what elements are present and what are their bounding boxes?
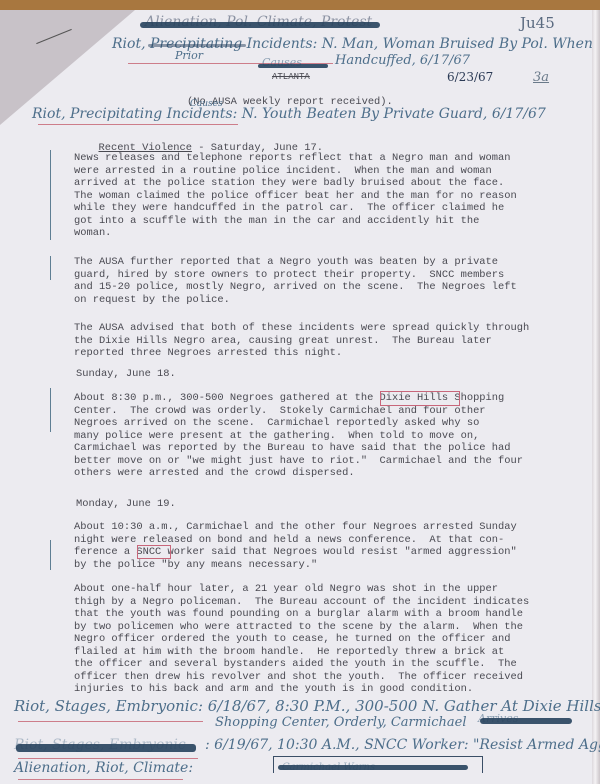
typed-line: News releases and telephone reports refl… <box>74 152 564 165</box>
margin-bracket <box>50 256 75 280</box>
paragraph: About one-half hour later, a 21 year old… <box>74 583 564 696</box>
typed-line: Carmichael was reported by the Bureau to… <box>74 442 564 455</box>
annotation-insert-causes: Causes <box>190 99 223 109</box>
typed-line: Negroes arrived on the scene. Carmichael… <box>74 417 564 430</box>
typed-line: many police were present at the gatherin… <box>74 430 564 443</box>
margin-bracket <box>50 150 75 240</box>
typed-line: About 8:30 p.m., 300-500 Negroes gathere… <box>74 392 564 405</box>
typed-line: on request by the police. <box>74 294 564 307</box>
annotation-bottom-1b: Shopping Center, Orderly, Carmichael <box>215 715 467 730</box>
strike-out-top <box>140 22 380 28</box>
red-underline-3 <box>18 721 203 722</box>
typed-line: The AUSA advised that both of these inci… <box>74 322 564 335</box>
red-box-dixie-hills <box>380 391 460 406</box>
typed-line: The woman claimed the police officer bea… <box>74 190 564 203</box>
typed-line: better move on or "we might just have to… <box>74 455 564 468</box>
paragraph: The AUSA further reported that a Negro y… <box>74 256 564 306</box>
annotation-insert-prior: Prior <box>175 49 203 62</box>
page-edge <box>592 10 600 784</box>
annotation-line-3: Riot, Precipitating Incidents: N. Youth … <box>32 106 546 122</box>
red-underline-4 <box>18 758 198 759</box>
strike-box-line <box>278 765 468 770</box>
typed-line: got into a scuffle with the man in the c… <box>74 215 564 228</box>
annotation-line-2: Handcuffed, 6/17/67 <box>335 53 470 68</box>
typed-line: About 10:30 a.m., Carmichael and the oth… <box>74 521 564 534</box>
red-underline-5 <box>18 779 183 780</box>
section-heading-monday: Monday, June 19. <box>76 498 176 510</box>
typed-line: were arrested in a routine police incide… <box>74 165 564 178</box>
file-number-stamp: Ju45 <box>520 14 555 32</box>
typed-line: that the youth was found pounding on a b… <box>74 608 564 621</box>
strike-causes <box>258 64 328 68</box>
typed-line: the Dixie Hills Negro area, causing grea… <box>74 335 564 348</box>
typed-line: reported three Negroes arrested this nig… <box>74 347 564 360</box>
annotation-bottom-3: Alienation, Riot, Climate: <box>14 760 193 776</box>
typed-line: injuries to his back and arm and the you… <box>74 683 564 696</box>
paragraph: The AUSA advised that both of these inci… <box>74 322 564 360</box>
paragraph: News releases and telephone reports refl… <box>74 152 564 240</box>
typed-line: woman. <box>74 227 564 240</box>
typed-line: About one-half hour later, a 21 year old… <box>74 583 564 596</box>
typed-line: thigh by a Negro policeman. The Bureau a… <box>74 596 564 609</box>
typed-line: guard, hired by store owners to protect … <box>74 269 564 282</box>
typed-line: the officer and several bystanders aided… <box>74 658 564 671</box>
margin-bracket <box>50 540 75 570</box>
red-box-sncc <box>137 545 171 559</box>
date-header: 6/23/67 <box>447 70 493 84</box>
typed-line: arrived at the police station they were … <box>74 177 564 190</box>
typed-line: others were arrested and the crowd dispe… <box>74 467 564 480</box>
typed-line: and 15-20 police, mostly Negro, arrived … <box>74 281 564 294</box>
strike-arrives <box>480 718 572 724</box>
typed-line: by two policemen who were attracted to t… <box>74 621 564 634</box>
typed-line: officer then drew his revolver and shot … <box>74 671 564 684</box>
typed-line: The AUSA further reported that a Negro y… <box>74 256 564 269</box>
section-heading-saturday: Recent Violence - Saturday, June 17. <box>86 130 323 154</box>
typed-line: Center. The crowd was orderly. Stokely C… <box>74 405 564 418</box>
red-underline-2 <box>38 124 238 125</box>
margin-bracket <box>50 388 75 432</box>
strike-bottom <box>16 744 196 752</box>
strike-precipitating <box>148 44 246 47</box>
typed-line: flailed at him with the broom handle. He… <box>74 646 564 659</box>
page-number: 3a <box>533 70 549 85</box>
section-heading-sunday: Sunday, June 18. <box>76 368 176 380</box>
city-heading: ATLANTA <box>272 72 310 82</box>
typed-line: while they were handcuffed in the patrol… <box>74 202 564 215</box>
annotation-bottom-2: : 6/19/67, 10:30 A.M., SNCC Worker: "Res… <box>205 737 600 753</box>
typed-line: by the police "by any means necessary." <box>74 559 564 572</box>
paragraph: About 8:30 p.m., 300-500 Negroes gathere… <box>74 392 564 480</box>
typed-line: Negro officer ordered the youth to cease… <box>74 633 564 646</box>
